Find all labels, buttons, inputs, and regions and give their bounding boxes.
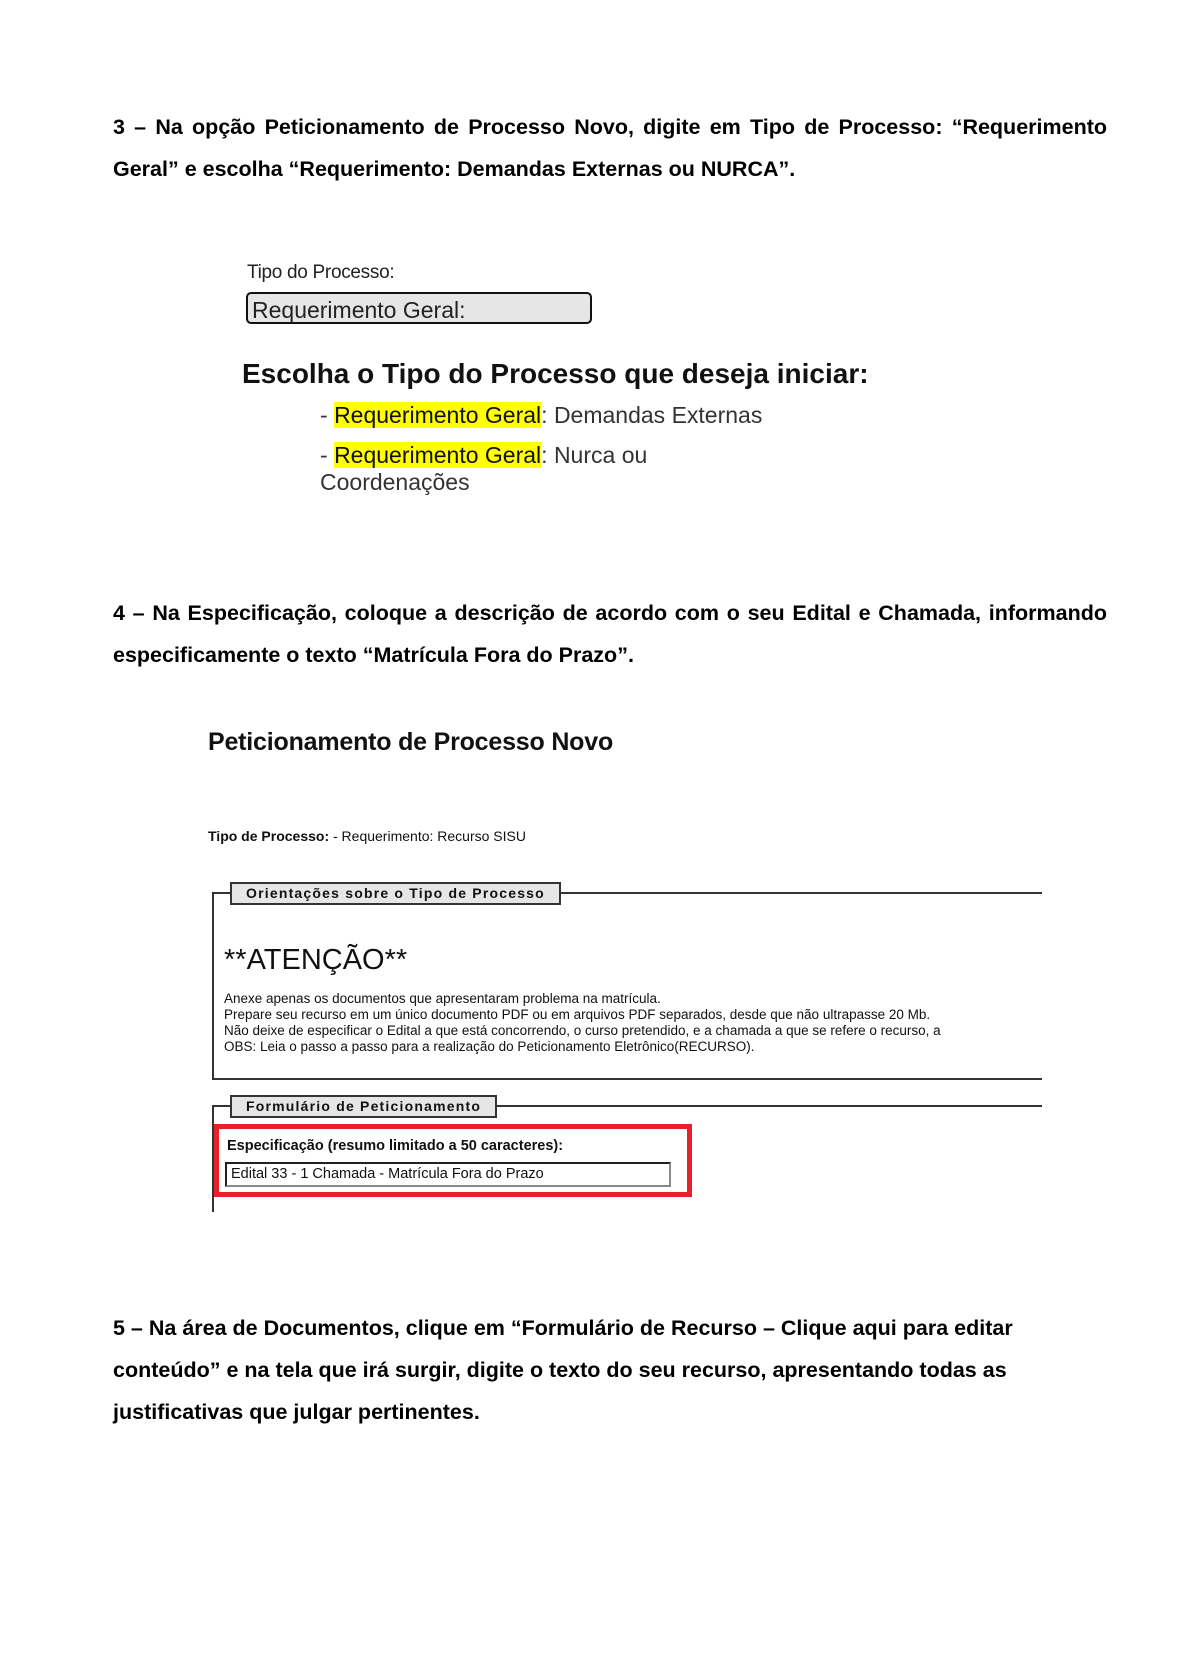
tipo-processo-line: Tipo de Processo: - Requerimento: Recurs… xyxy=(208,828,526,844)
orientacoes-text: Anexe apenas os documentos que apresenta… xyxy=(224,991,1042,1055)
orientacao-line: Prepare seu recurso em um único document… xyxy=(224,1007,1042,1023)
formulario-legend: Formulário de Peticionamento xyxy=(230,1095,497,1118)
option-prefix: - xyxy=(320,402,334,428)
tipo-processo-value: - Requerimento: Recurso SISU xyxy=(329,828,526,844)
especificacao-input[interactable]: Edital 33 - 1 Chamada - Matrícula Fora d… xyxy=(225,1162,671,1187)
process-option-nurca[interactable]: - Requerimento Geral: Nurca ou Coordenaç… xyxy=(320,442,647,496)
tipo-processo-label: Tipo do Processo: xyxy=(247,262,394,284)
option-continuation: Coordenações xyxy=(320,469,647,496)
tipo-processo-label: Tipo de Processo: xyxy=(208,828,329,844)
orientacao-line[interactable]: OBS: Leia o passo a passo para a realiza… xyxy=(224,1039,1042,1055)
formulario-fieldset: Formulário de Peticionamento Especificaç… xyxy=(212,1105,1042,1212)
step-4-instruction: 4 – Na Especificação, coloque a descriçã… xyxy=(113,592,1107,676)
choose-process-heading: Escolha o Tipo do Processo que deseja in… xyxy=(242,358,869,390)
step-3-instruction: 3 – Na opção Peticionamento de Processo … xyxy=(113,106,1107,190)
atencao-heading: **ATENÇÃO** xyxy=(224,944,407,977)
option-highlight: Requerimento Geral xyxy=(334,402,541,428)
screenshot-peticionamento: Peticionamento de Processo Novo Tipo de … xyxy=(200,725,1040,1215)
especificacao-label: Especificação (resumo limitado a 50 cara… xyxy=(227,1138,563,1154)
highlight-box: Especificação (resumo limitado a 50 cara… xyxy=(214,1124,692,1197)
option-rest: : Demandas Externas xyxy=(541,402,762,428)
tipo-processo-input[interactable]: Requerimento Geral: xyxy=(246,292,592,324)
peticionamento-title: Peticionamento de Processo Novo xyxy=(208,728,613,757)
orientacoes-fieldset: Orientações sobre o Tipo de Processo **A… xyxy=(212,892,1042,1080)
orientacoes-legend: Orientações sobre o Tipo de Processo xyxy=(230,882,561,905)
orientacao-line: Anexe apenas os documentos que apresenta… xyxy=(224,991,1042,1007)
screenshot-tipo-processo: Tipo do Processo: Requerimento Geral: Es… xyxy=(242,262,882,502)
option-prefix: - xyxy=(320,442,334,468)
step-5-instruction: 5 – Na área de Documentos, clique em “Fo… xyxy=(113,1307,1107,1433)
process-option-demandas-externas[interactable]: - Requerimento Geral: Demandas Externas xyxy=(320,402,762,429)
option-rest: : Nurca ou xyxy=(541,442,647,468)
orientacao-line: Não deixe de especificar o Edital a que … xyxy=(224,1023,1042,1039)
option-highlight: Requerimento Geral xyxy=(334,442,541,468)
